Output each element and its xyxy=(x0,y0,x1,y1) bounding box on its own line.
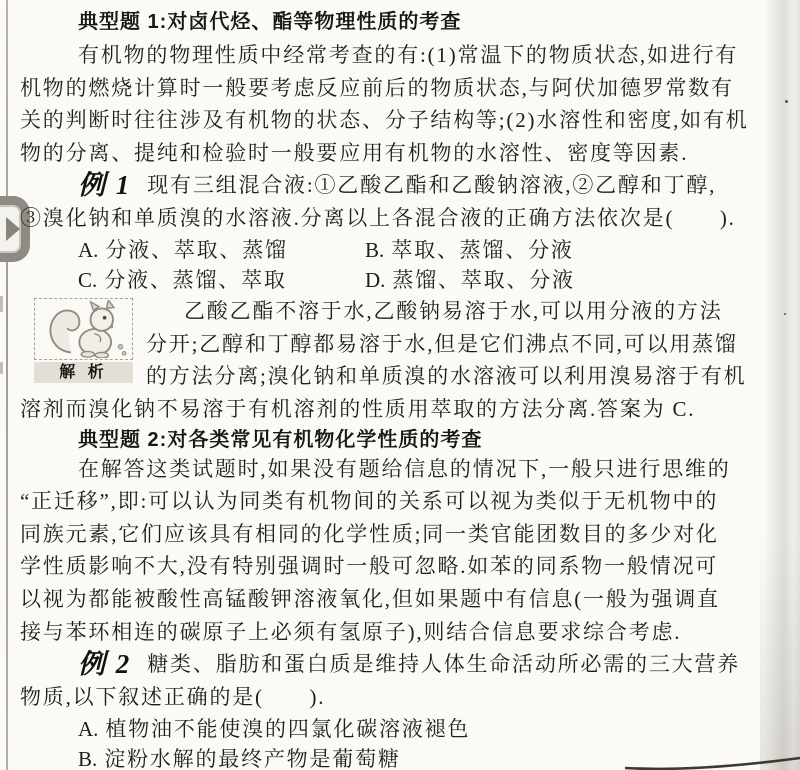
intro-line: 机物的燃烧计算时一般要考虑反应前后的物质状态,与阿伏加德罗常数有 xyxy=(20,72,764,105)
tab-arrow-icon xyxy=(6,217,20,241)
example1-stem: 例 1现有三组混合液:①乙酸乙酯和乙酸钠溶液,②乙醇和丁醇, xyxy=(20,169,764,202)
scan-speck xyxy=(785,100,788,103)
option-B: B.淀粉水解的最终产物是葡萄糖 xyxy=(78,747,401,770)
book-binding-line xyxy=(6,0,8,770)
option-text: 植物油不能使溴的四氯化碳溶液褪色 xyxy=(105,717,470,741)
example2-stem-continued: 物质,以下叙述正确的是( ). xyxy=(20,681,764,714)
option-key: D. xyxy=(365,268,385,292)
option-text: 分液、蒸馏、萃取 xyxy=(104,268,286,292)
option-D: D.蒸馏、萃取、分液 xyxy=(365,265,575,295)
squirrel-icon xyxy=(34,298,133,360)
analysis-block: 解 析 乙酸乙酯不溶于水,乙酸钠易溶于水,可以用分液的方法 分开;乙醇和丁醇都易… xyxy=(20,295,764,393)
example2-option-row2: B.淀粉水解的最终产物是葡萄糖 xyxy=(20,744,764,770)
option-text: 萃取、蒸馏、分液 xyxy=(391,238,573,262)
page-edge-text-fragment xyxy=(0,362,3,374)
section1-intro-paragraph: 有机物的物理性质中经常考查的有:(1)常温下的物质状态,如进行有 机物的燃烧计算… xyxy=(20,39,764,169)
page-gutter-shadow xyxy=(764,0,800,770)
option-key: A. xyxy=(78,238,98,262)
section2-title: 典型题 2:对各类常见有机物化学性质的考查 xyxy=(78,427,764,453)
page-corner-shadow xyxy=(760,530,800,770)
example1-label: 例 1 xyxy=(78,169,131,202)
example1-stem-text: 现有三组混合液:①乙酸乙酯和乙酸钠溶液,②乙醇和丁醇, xyxy=(147,173,716,197)
option-key: B. xyxy=(365,238,384,262)
example2-option-row1: A.植物油不能使溴的四氯化碳溶液褪色 xyxy=(20,714,764,744)
intro-line: 有机物的物理性质中经常考查的有:(1)常温下的物质状态,如进行有 xyxy=(20,39,764,72)
option-B: B.萃取、蒸馏、分液 xyxy=(365,235,574,265)
body-line: 在解答这类试题时,如果没有题给信息的情况下,一般只进行思维的 xyxy=(20,453,764,486)
analysis-badge: 解 析 xyxy=(34,362,133,383)
option-C: C.分液、蒸馏、萃取 xyxy=(78,268,287,292)
option-key: A. xyxy=(78,717,98,741)
body-line: 学性质影响不大,没有特别强调时一般可忽略.如苯的同系物一般情况可 xyxy=(20,550,764,583)
example1-options-row1: A.分液、萃取、蒸馏 B.萃取、蒸馏、分液 xyxy=(20,235,764,265)
section2-paragraph: 在解答这类试题时,如果没有题给信息的情况下,一般只进行思维的 “正迁移”,即:可… xyxy=(20,453,764,649)
option-key: B. xyxy=(78,747,97,770)
body-line: 同族元素,它们应该具有相同的化学性质;同一类官能团数目的多少对化 xyxy=(20,518,764,551)
analysis-mascot-box: 解 析 xyxy=(34,298,133,383)
example1-stem-continued: ③溴化钠和单质溴的水溶液.分离以上各混合液的正确方法依次是( ). xyxy=(20,202,764,235)
body-line: 接与苯环相连的碳原子上必须有氢原子),则结合信息要求综合考虑. xyxy=(20,616,764,649)
intro-line: 物的分离、提纯和检验时一般要应用有机物的水溶性、密度等因素. xyxy=(20,137,764,170)
intro-line: 关的判断时往往涉及有机物的状态、分子结构等;(2)水溶性和密度,如有机 xyxy=(20,104,764,137)
analysis-line: 溶剂而溴化钠不易溶于有机溶剂的性质用萃取的方法分离.答案为 C. xyxy=(20,393,764,426)
body-line: 以视为都能被酸性高锰酸钾溶液氧化,但如果题中有信息(一般为强调直 xyxy=(20,583,764,616)
section1-title: 典型题 1:对卤代烃、酯等物理性质的考查 xyxy=(78,10,764,34)
example2-stem: 例 2糖类、脂肪和蛋白质是维持人体生命活动所必需的三大营养 xyxy=(20,648,764,681)
option-text: 分液、萃取、蒸馏 xyxy=(105,238,287,262)
example1-options-row2: C.分液、蒸馏、萃取 D.蒸馏、萃取、分液 xyxy=(20,265,764,295)
example2-stem-text: 糖类、脂肪和蛋白质是维持人体生命活动所必需的三大营养 xyxy=(147,652,740,676)
option-text: 淀粉水解的最终产物是葡萄糖 xyxy=(104,747,400,770)
example2-label: 例 2 xyxy=(78,648,131,681)
option-text: 蒸馏、萃取、分液 xyxy=(392,268,574,292)
option-A: A.分液、萃取、蒸馏 xyxy=(78,238,288,262)
option-A: A.植物油不能使溴的四氯化碳溶液褪色 xyxy=(78,717,470,741)
body-line: “正迁移”,即:可以认为同类有机物间的关系可以视为类似于无机物中的 xyxy=(20,485,764,518)
scan-speck xyxy=(784,313,786,315)
page-edge-text-fragment xyxy=(0,296,3,312)
option-key: C. xyxy=(78,268,97,292)
page-content: 典型题 1:对卤代烃、酯等物理性质的考查 有机物的物理性质中经常考查的有:(1)… xyxy=(20,0,764,770)
